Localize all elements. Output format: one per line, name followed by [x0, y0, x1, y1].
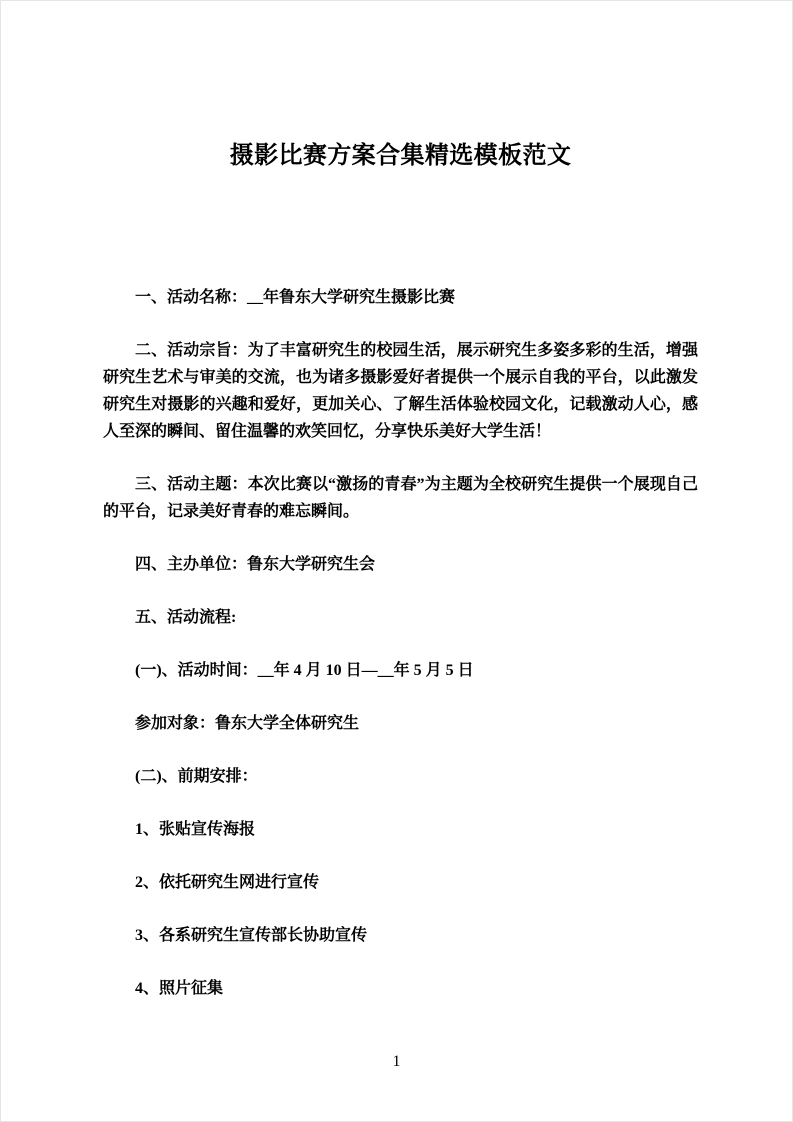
list-item-photo-collection: 4、照片征集	[103, 975, 698, 1002]
list-item-poster: 1、张贴宣传海报	[103, 816, 698, 843]
paragraph-activity-name: 一、活动名称：__年鲁东大学研究生摄影比赛	[103, 284, 698, 311]
paragraph-activity-purpose: 二、活动宗旨：为了丰富研究生的校园生活，展示研究生多姿多彩的生活，增强研究生艺术…	[103, 337, 698, 445]
paragraph-organizer: 四、主办单位：鲁东大学研究生会	[103, 551, 698, 578]
list-item-website-promo: 2、依托研究生网进行宣传	[103, 869, 698, 896]
paragraph-activity-process: 五、活动流程:	[103, 604, 698, 631]
document-title: 摄影比赛方案合集精选模板范文	[103, 139, 698, 173]
paragraph-early-arrangement: (二)、前期安排：	[103, 763, 698, 790]
list-item-department-promo: 3、各系研究生宣传部长协助宣传	[103, 922, 698, 949]
paragraph-activity-time: (一)、活动时间：__年 4 月 10 日—__年 5 月 5 日	[103, 657, 698, 684]
document-page: 摄影比赛方案合集精选模板范文 一、活动名称：__年鲁东大学研究生摄影比赛 二、活…	[0, 0, 793, 1122]
page-number: 1	[1, 1052, 792, 1072]
document-body: 一、活动名称：__年鲁东大学研究生摄影比赛 二、活动宗旨：为了丰富研究生的校园生…	[103, 284, 698, 1002]
paragraph-activity-theme: 三、活动主题：本次比赛以“激扬的青春”为主题为全校研究生提供一个展现自己的平台，…	[103, 471, 698, 525]
paragraph-participants: 参加对象：鲁东大学全体研究生	[103, 710, 698, 737]
